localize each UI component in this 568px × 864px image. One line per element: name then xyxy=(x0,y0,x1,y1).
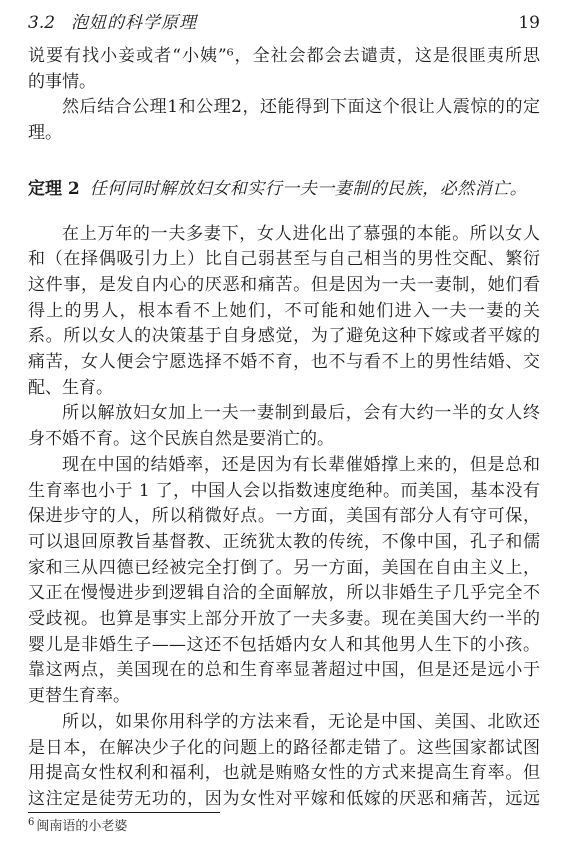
text-line: 这注定是徒劳无功的，因为女性对平嫁和低嫁的厌恶和痛苦，远远 xyxy=(28,787,540,813)
footnote-text: 闽南语的小老婆 xyxy=(36,819,127,834)
footnote-line: 6闽南语的小老婆 xyxy=(28,818,540,835)
text-line: 又正在慢慢进步到逻辑自洽的全面解放，所以非婚生子几乎完全不 xyxy=(28,581,540,607)
text-line: 系。所以女人的决策基于自身感觉，为了避免这种下嫁或者平嫁的 xyxy=(28,324,540,350)
section-title: 泡妞的科学原理 xyxy=(71,8,197,33)
text-line: 说要有找小妾或者“小姨”⁶，全社会都会去谴责，这是很匪夷所思 xyxy=(28,44,540,70)
text-line: 所以，如果你用科学的方法来看，无论是中国、美国、北欧还 xyxy=(28,710,540,736)
text-line: 然后结合公理1和公理2，还能得到下面这个很让人震惊的的定 xyxy=(28,95,540,121)
body-text: 说要有找小妾或者“小姨”⁶，全社会都会去谴责，这是很匪夷所思 的事情。 然后结合… xyxy=(28,44,540,813)
text-line: 身不婚不育。这个民族自然是要消亡的。 xyxy=(28,427,540,453)
theorem-text: 任何同时解放妇女和实行一夫一妻制的民族，必然消亡。 xyxy=(90,179,528,199)
text-line: 和（在择偶吸引力上）比自己弱甚至与自己相当的男性交配、繁衍 xyxy=(28,247,540,273)
text-line: 现在中国的结婚率，还是因为有长辈催婚撑上来的，但是总和 xyxy=(28,453,540,479)
text-line: 理。 xyxy=(28,121,540,147)
text-line: 生育率也小于 1 了，中国人会以指数速度绝种。而美国，基本没有 xyxy=(28,479,540,505)
text-line: 受歧视。也算是事实上部分开放了一夫多妻。现在美国大约一半的 xyxy=(28,607,540,633)
text-line: 这件事，是发自内心的厌恶和痛苦。但是因为一夫一妻制，她们看 xyxy=(28,273,540,299)
text-line: 是日本，在解决少子化的问题上的路径都走错了。这些国家都试图 xyxy=(28,736,540,762)
text-line: 家和三从四德已经被完全打倒了。另一方面，美国在自由主义上， xyxy=(28,556,540,582)
text-line: 更替生育率。 xyxy=(28,684,540,710)
text-line: 可以退回原教旨基督教、正统犹太教的传统，不像中国，孔子和儒 xyxy=(28,530,540,556)
text-line: 配、生育。 xyxy=(28,376,540,402)
text-line: 婴儿是非婚生子——这还不包括婚内女人和其他男人生下的小孩。 xyxy=(28,633,540,659)
text-line: 用提高女性权利和福利，也就是贿赂女性的方式来提高生育率。但 xyxy=(28,761,540,787)
footnote-rule xyxy=(28,812,220,813)
page-number: 19 xyxy=(518,13,540,33)
text-line: 得上的男人，根本看不上她们，不可能和她们进入一夫一妻的关 xyxy=(28,299,540,325)
text-line: 的事情。 xyxy=(28,70,540,96)
text-line: 所以解放妇女加上一夫一妻制到最后，会有大约一半的女人终 xyxy=(28,401,540,427)
text-line: 靠这两点，美国现在的总和生育率显著超过中国，但是还是远小于 xyxy=(28,658,540,684)
book-page: 3.2 泡妞的科学原理 19 说要有找小妾或者“小姨”⁶，全社会都会去谴责，这是… xyxy=(0,0,568,864)
theorem-block: 定理 2任何同时解放妇女和实行一夫一妻制的民族，必然消亡。 xyxy=(28,177,540,203)
footnote-marker: 6 xyxy=(28,817,34,828)
page-header: 3.2 泡妞的科学原理 19 xyxy=(28,8,540,33)
footnote: 6闽南语的小老婆 xyxy=(28,812,540,835)
section-number: 3.2 xyxy=(28,13,55,33)
text-line: 在上万年的一夫多妻下，女人进化出了慕强的本能。所以女人 xyxy=(28,222,540,248)
text-line: 痛苦，女人便会宁愿选择不婚不育，也不与看不上的男性结婚、交 xyxy=(28,350,540,376)
text-line: 保进步守的人，所以稍微好点。一方面，美国有部分人有守可保， xyxy=(28,504,540,530)
theorem-label: 定理 2 xyxy=(28,179,80,199)
